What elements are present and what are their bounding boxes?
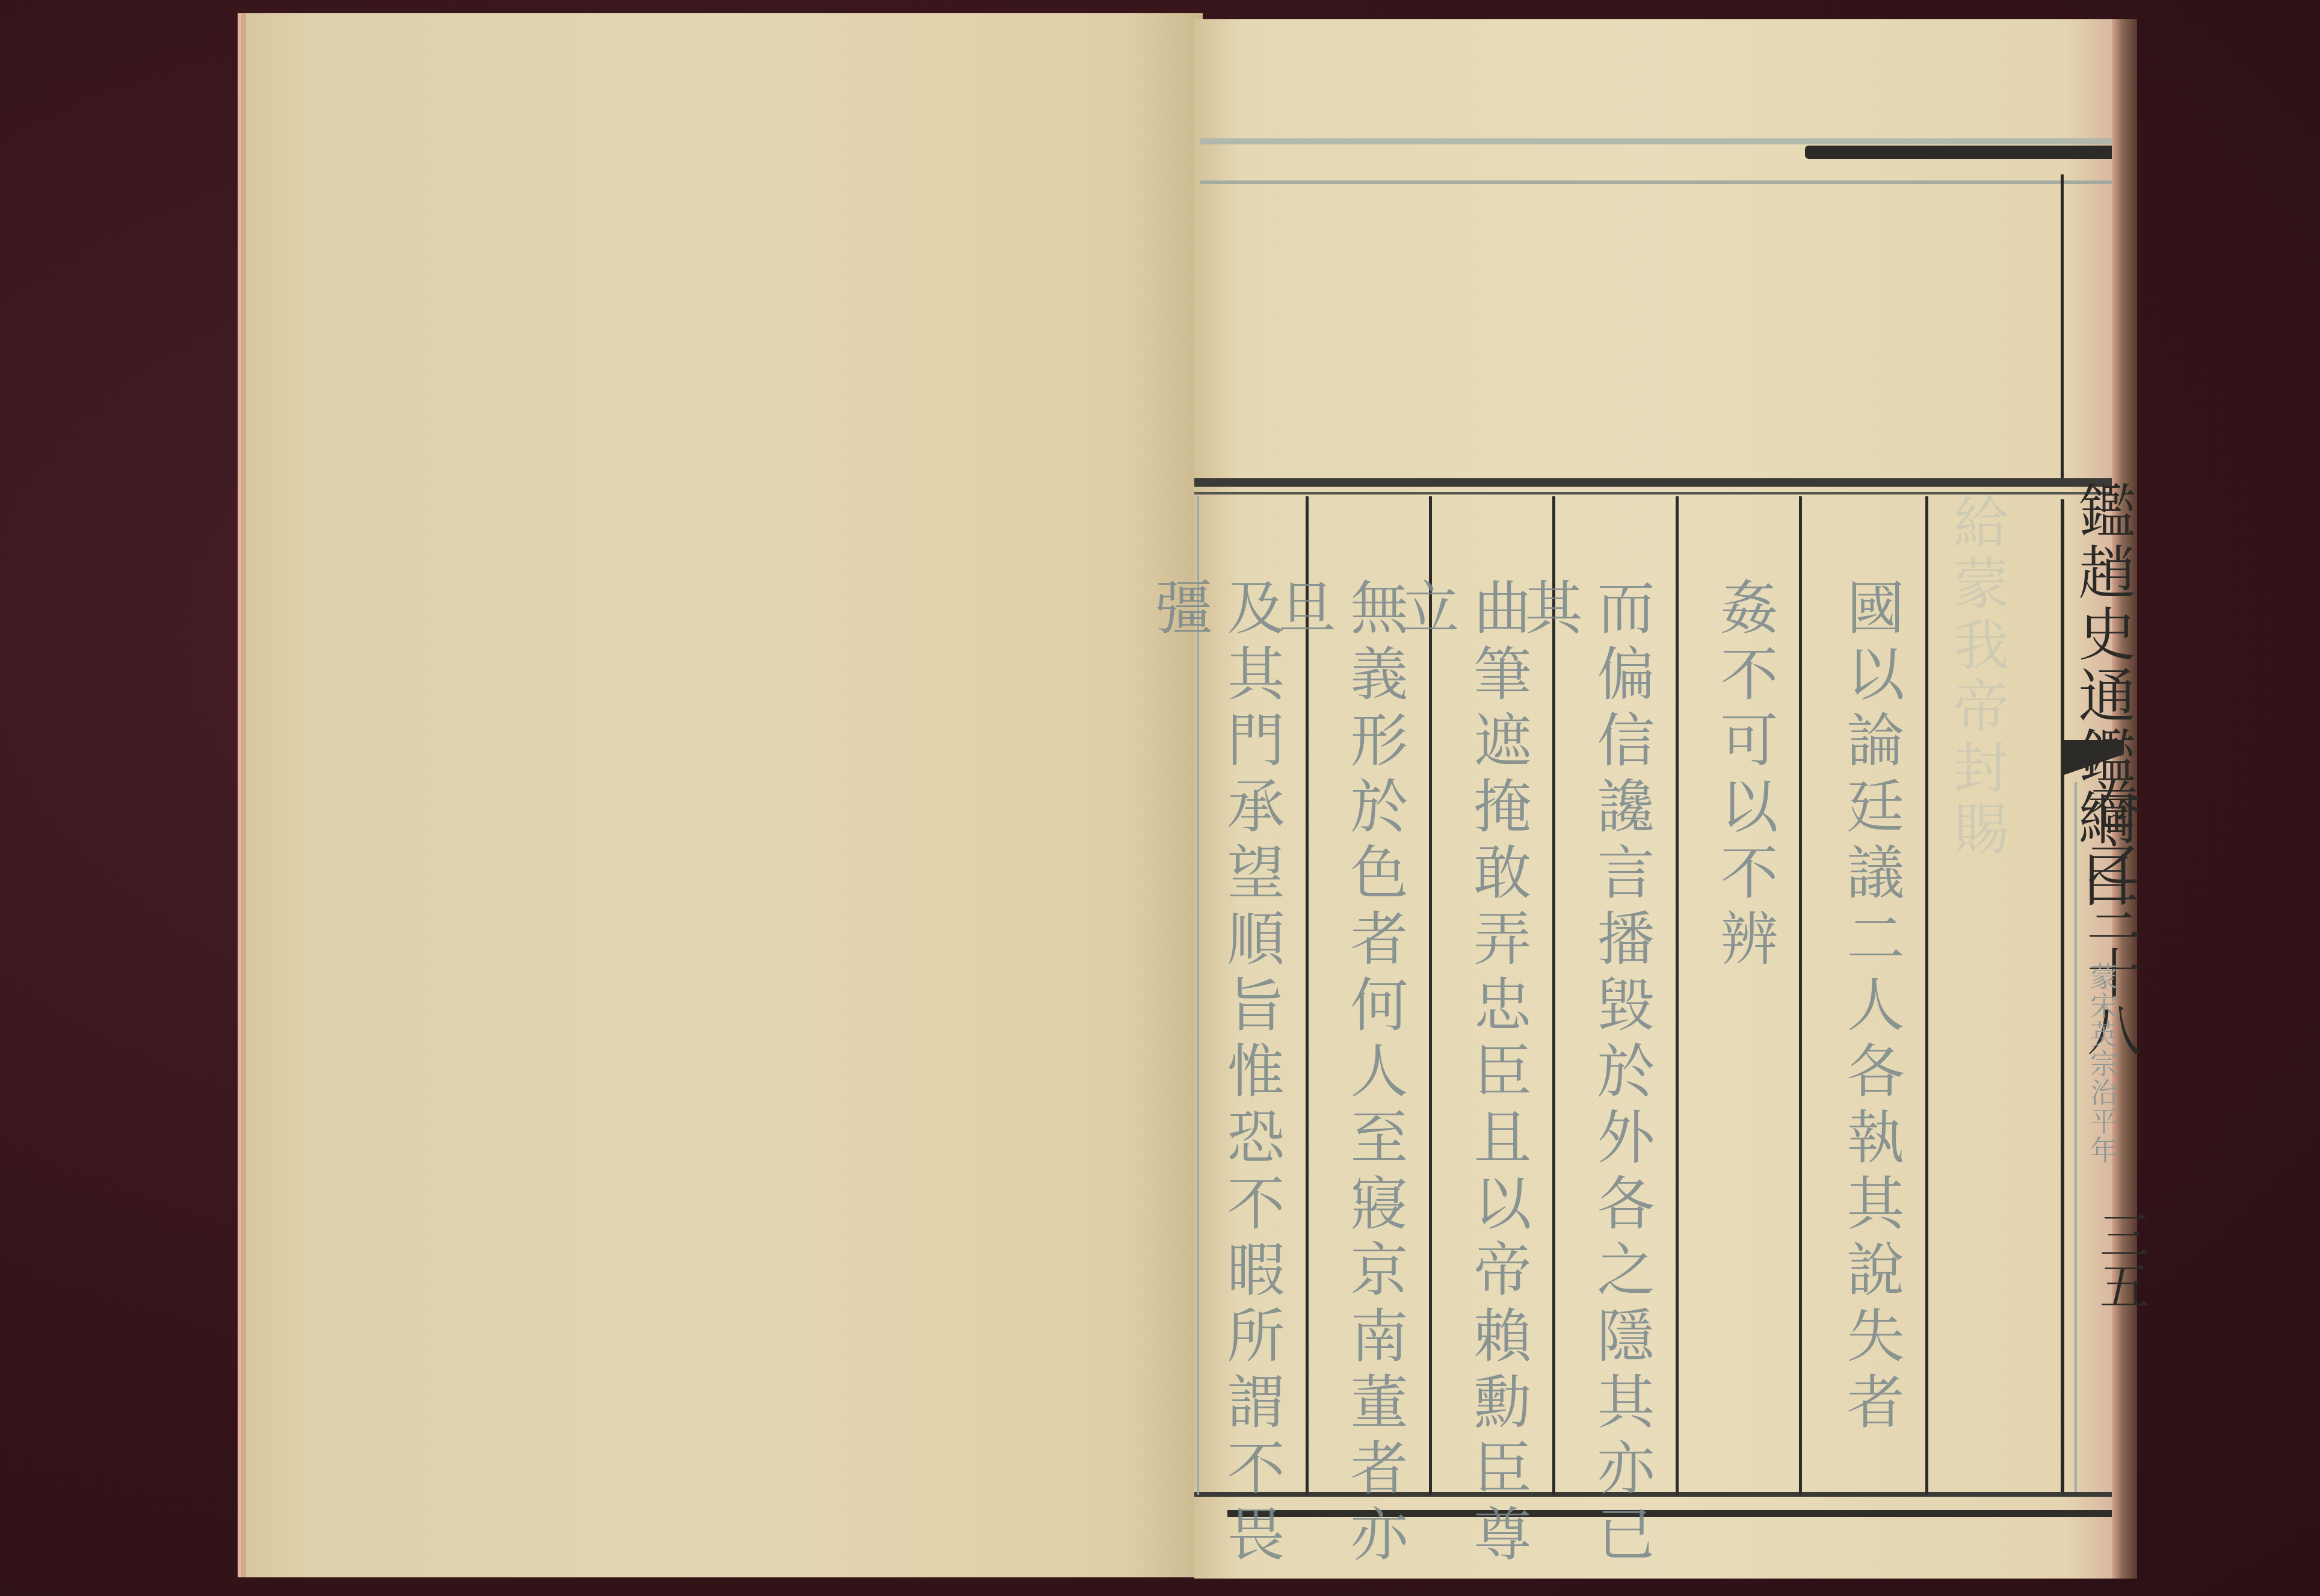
- column-rule: [1676, 496, 1679, 1495]
- register-divider: [1194, 478, 2112, 487]
- column-rule-outer: [1197, 496, 1199, 1495]
- page-number: 三五: [2097, 1209, 2145, 1310]
- upper-register-rule: [2061, 174, 2064, 481]
- left-page-blank: [238, 13, 1203, 1577]
- text-column-2: 姦不可以不辨: [1709, 578, 1781, 975]
- bleed-through-text: 給蒙我帝封賜: [1943, 493, 2010, 861]
- column-rule: [1306, 496, 1309, 1495]
- text-column-6: 及其門承望順旨惟恐不暇所謂不畏彊: [1215, 578, 1288, 1596]
- text-column-4: 曲筆遮掩敢弄忠臣且以帝賴勳臣尊立: [1462, 578, 1534, 1596]
- column-text: 國以論廷議二人各執其說失者: [1837, 578, 1905, 1438]
- column-text: 姦不可以不辨: [1711, 578, 1779, 975]
- text-column-3: 而偏信讒言播毀於外各之隱其亦已其: [1585, 578, 1658, 1596]
- upper-frame-dark-segment: [1805, 146, 2112, 159]
- text-column-5: 無義形於色者何人至寢京南董者亦旦: [1339, 578, 1411, 1596]
- column-rule: [1799, 496, 1802, 1495]
- banxin-note: 蒙宋英宗治平年: [2083, 963, 2119, 1165]
- column-rule: [1429, 496, 1432, 1495]
- left-page-edge: [238, 13, 241, 1577]
- column-rule: [1925, 496, 1928, 1495]
- text-column-1: 國以論廷議二人各執其說失者: [1835, 578, 1907, 1438]
- banxin-rule: [2061, 499, 2064, 1492]
- column-rule: [1552, 496, 1555, 1495]
